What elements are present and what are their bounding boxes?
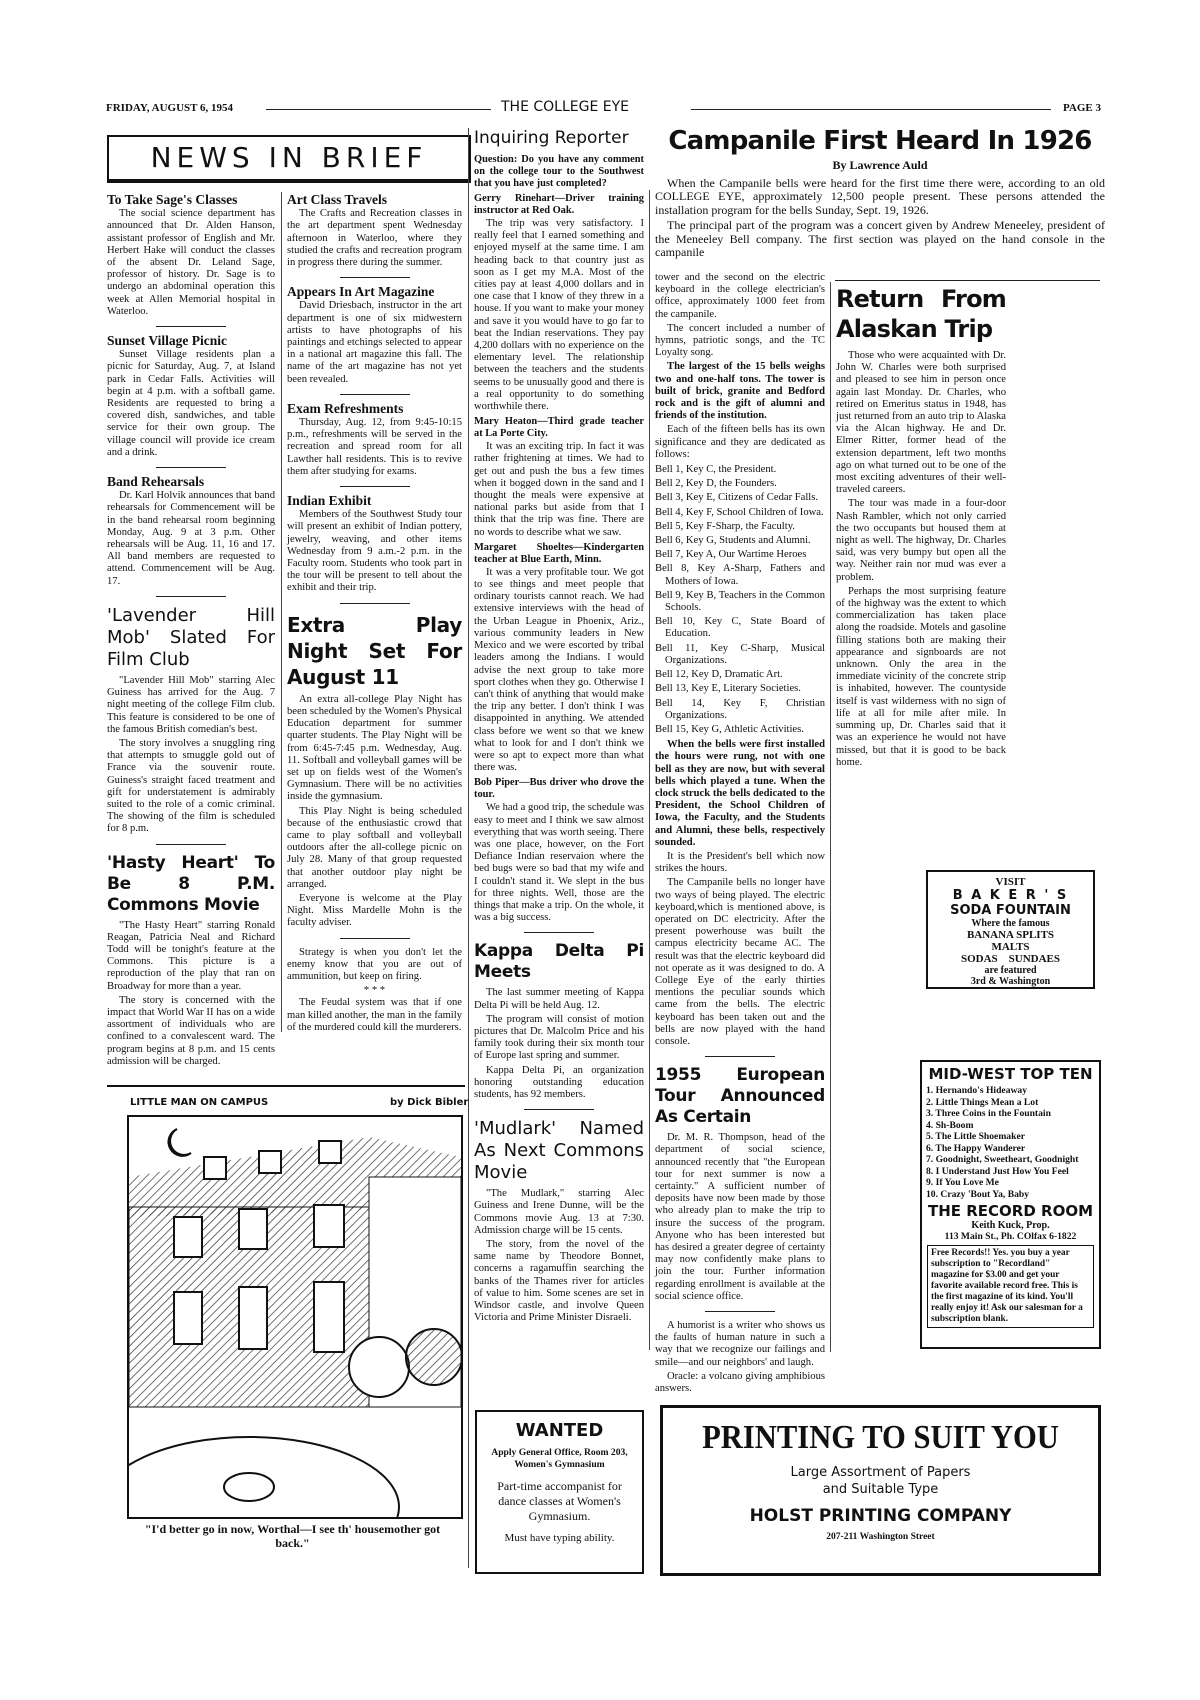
campanile-lead: When the Campanile bells were heard for … bbox=[655, 177, 1105, 259]
bell-item: Bell 4, Key F, School Children of Iowa. bbox=[655, 507, 825, 519]
paragraph: The largest of the 15 bells weighs two a… bbox=[655, 361, 825, 422]
paragraph: Members of the Southwest Study tour will… bbox=[287, 509, 462, 594]
paragraph: Thursday, Aug. 12, from 9:45-10:15 p.m.,… bbox=[287, 417, 462, 478]
divider bbox=[156, 326, 226, 327]
paragraph: This Play Night is being scheduled becau… bbox=[287, 806, 462, 891]
paragraph: The tour was made in a four-door Nash Ra… bbox=[836, 498, 1006, 583]
star-divider: * * * bbox=[287, 985, 462, 997]
paragraph: Each of the fifteen bells has its own si… bbox=[655, 424, 825, 461]
bell-item: Bell 14, Key F, Christian Organizations. bbox=[655, 698, 825, 722]
ad-line: are featured bbox=[928, 965, 1093, 976]
bell-item: Bell 1, Key C, the President. bbox=[655, 464, 825, 476]
bell-item: Bell 6, Key G, Students and Alumni. bbox=[655, 535, 825, 547]
column-2: Art Class Travels The Crafts and Recreat… bbox=[287, 190, 462, 1036]
song-item: 10. Crazy 'Bout Ya, Baby bbox=[926, 1189, 1099, 1201]
bell-item: Bell 5, Key F-Sharp, the Faculty. bbox=[655, 521, 825, 533]
ad-promo: Free Records!! Yes. you buy a year subsc… bbox=[927, 1245, 1094, 1328]
campanile-header: Campanile First Heard In 1926 By Lawrenc… bbox=[655, 126, 1105, 261]
paragraph: The Campanile bells no longer have two w… bbox=[655, 877, 825, 1048]
column-rule bbox=[649, 190, 650, 1350]
ad-store-name: THE RECORD ROOM bbox=[922, 1202, 1099, 1220]
holst-printing-ad: PRINTING TO SUIT YOU Large Assortment of… bbox=[660, 1405, 1101, 1576]
song-item: 9. If You Love Me bbox=[926, 1177, 1099, 1189]
column-4: tower and the second on the electric key… bbox=[655, 272, 825, 1397]
column-5: Return From Alaskan Trip Those who were … bbox=[836, 284, 1006, 771]
divider bbox=[156, 467, 226, 468]
bell-item: Bell 11, Key C-Sharp, Musical Organizati… bbox=[655, 643, 825, 667]
article-lavender: 'Lavender Hill Mob' Slated For Film Club… bbox=[107, 605, 275, 836]
article-art-magazine: Appears In Art Magazine David Driesbach,… bbox=[287, 286, 462, 386]
answer: The trip was very satisfactory. I really… bbox=[474, 218, 644, 413]
song-item: 7. Goodnight, Sweetheart, Goodnight bbox=[926, 1154, 1099, 1166]
byline: By Lawrence Auld bbox=[655, 158, 1105, 173]
cartoon-strip-title: LITTLE MAN ON CAMPUS bbox=[130, 1097, 268, 1108]
paragraph: The story, from the novel of the same na… bbox=[474, 1239, 644, 1324]
paragraph: Those who were acquainted with Dr. John … bbox=[836, 350, 1006, 496]
ad-company: HOLST PRINTING COMPANY bbox=[663, 1506, 1098, 1526]
article-picnic: Sunset Village Picnic Sunset Village res… bbox=[107, 335, 275, 459]
bell-item: Bell 2, Key D, the Founders. bbox=[655, 478, 825, 490]
ad-line: Where the famous bbox=[928, 918, 1093, 929]
divider bbox=[156, 596, 226, 597]
article-band: Band Rehearsals Dr. Karl Holvik announce… bbox=[107, 476, 275, 588]
bell-item: Bell 8, Key A-Sharp, Fathers and Mothers… bbox=[655, 563, 825, 587]
divider bbox=[340, 938, 410, 939]
headline: To Take Sage's Classes bbox=[107, 194, 275, 206]
headline: Sunset Village Picnic bbox=[107, 335, 275, 347]
paragraph: An extra all-college Play Night has been… bbox=[287, 694, 462, 804]
song-item: 4. Sh-Boom bbox=[926, 1120, 1099, 1132]
column-rule bbox=[468, 128, 469, 1568]
ad-line: SODAS bbox=[961, 953, 998, 965]
ad-line: Must have typing ability. bbox=[477, 1532, 642, 1544]
ad-line: BANANA SPLITS bbox=[928, 929, 1093, 941]
ad-line: and Suitable Type bbox=[663, 1481, 1098, 1498]
article-sage: To Take Sage's Classes The social scienc… bbox=[107, 194, 275, 318]
column-1: To Take Sage's Classes The social scienc… bbox=[107, 190, 275, 1070]
paragraph: "The Hasty Heart" starring Ronald Reagan… bbox=[107, 920, 275, 993]
song-item: 2. Little Things Mean a Lot bbox=[926, 1097, 1099, 1109]
ad-store-name: B A K E R ' S bbox=[928, 888, 1093, 903]
column-rule bbox=[830, 282, 831, 1352]
paragraph: Kappa Delta Pi, an organization honoring… bbox=[474, 1065, 644, 1102]
cartoon-drawing-icon bbox=[129, 1117, 461, 1517]
divider bbox=[524, 932, 594, 933]
speaker: Bob Piper—Bus driver who drove the tour. bbox=[474, 777, 644, 801]
ad-title: PRINTING TO SUIT YOU bbox=[685, 1418, 1077, 1458]
filler-strategy: Strategy is when you don't let the enemy… bbox=[287, 947, 462, 984]
ad-line: Keith Kuck, Prop. bbox=[922, 1220, 1099, 1231]
bell-item: Bell 3, Key E, Citizens of Cedar Falls. bbox=[655, 492, 825, 504]
rule bbox=[835, 280, 1100, 281]
paragraph: Sunset Village residents plan a picnic f… bbox=[107, 349, 275, 459]
divider bbox=[705, 1311, 775, 1312]
song-item: 3. Three Coins in the Fountain bbox=[926, 1108, 1099, 1120]
paragraph: The social science department has announ… bbox=[107, 208, 275, 318]
paragraph: When the bells were first installed the … bbox=[655, 739, 825, 849]
headline-mudlark: 'Mudlark' Named As Next Commons Movie bbox=[474, 1118, 644, 1184]
bakers-soda-fountain-ad: VISIT B A K E R ' S SODA FOUNTAIN Where … bbox=[926, 870, 1095, 989]
masthead: FRIDAY, AUGUST 6, 1954 THE COLLEGE EYE P… bbox=[106, 102, 1101, 116]
ad-address: 113 Main St., Ph. COlfax 6-1822 bbox=[922, 1231, 1099, 1242]
answer: It was a very profitable tour. We got to… bbox=[474, 567, 644, 774]
song-item: 6. The Happy Wanderer bbox=[926, 1143, 1099, 1155]
headline: Appears In Art Magazine bbox=[287, 286, 462, 298]
cartoon-top-rule bbox=[107, 1085, 465, 1087]
article-hasty: 'Hasty Heart' To Be 8 P.M. Commons Movie… bbox=[107, 853, 275, 1068]
divider bbox=[340, 277, 410, 278]
filler-humorist: A humorist is a writer who shows us the … bbox=[655, 1320, 825, 1369]
divider bbox=[340, 394, 410, 395]
divider bbox=[524, 1109, 594, 1110]
headline: Band Rehearsals bbox=[107, 476, 275, 488]
bell-list: Bell 1, Key C, the President. Bell 2, Ke… bbox=[655, 464, 825, 736]
paragraph: tower and the second on the electric key… bbox=[655, 272, 825, 321]
ad-title: WANTED bbox=[477, 1420, 642, 1441]
paragraph: David Driesbach, instructor in the art d… bbox=[287, 300, 462, 385]
paragraph: "Lavender Hill Mob" starring Alec Guines… bbox=[107, 675, 275, 736]
answer: We had a good trip, the schedule was eas… bbox=[474, 802, 644, 924]
headline: 'Hasty Heart' To Be 8 P.M. Commons Movie bbox=[107, 853, 275, 916]
paragraph: The Crafts and Recreation classes in the… bbox=[287, 208, 462, 269]
divider bbox=[705, 1056, 775, 1057]
rule bbox=[266, 109, 491, 110]
divider bbox=[340, 486, 410, 487]
top-ten-list: 1. Hernando's Hideaway 2. Little Things … bbox=[926, 1085, 1099, 1200]
column-3: Inquiring Reporter Question: Do you have… bbox=[474, 128, 644, 1326]
paragraph: Dr. M. R. Thompson, head of the departme… bbox=[655, 1132, 825, 1303]
wanted-ad: WANTED Apply General Office, Room 203, W… bbox=[475, 1410, 644, 1574]
speaker: Margaret Shoeltes—Kindergarten teacher a… bbox=[474, 542, 644, 566]
paragraph: "The Mudlark," starring Alec Guiness and… bbox=[474, 1188, 644, 1237]
ad-line: Apply General Office, Room 203, Women's … bbox=[483, 1447, 636, 1471]
ad-line: VISIT bbox=[928, 876, 1093, 888]
paragraph: Perhaps the most surprising feature of t… bbox=[836, 586, 1006, 769]
headline-kappa: Kappa Delta Pi Meets bbox=[474, 941, 644, 983]
bell-item: Bell 13, Key E, Literary Societies. bbox=[655, 683, 825, 695]
article-play-night: Extra Play Night Set For August 11 An ex… bbox=[287, 612, 462, 930]
bell-item: Bell 12, Key D, Dramatic Art. bbox=[655, 669, 825, 681]
headline-alaskan: Return From Alaskan Trip bbox=[836, 284, 1006, 344]
bell-item: Bell 15, Key G, Athletic Activities. bbox=[655, 724, 825, 736]
ad-line: SODA FOUNTAIN bbox=[928, 903, 1093, 918]
page-number: PAGE 3 bbox=[1063, 102, 1101, 114]
ad-address: 207-211 Washington Street bbox=[663, 1532, 1098, 1542]
filler-oracle: Oracle: a volcano giving amphibious answ… bbox=[655, 1371, 825, 1395]
cartoon-illustration bbox=[127, 1115, 463, 1519]
paragraph: When the Campanile bells were heard for … bbox=[655, 177, 1105, 217]
headline: Art Class Travels bbox=[287, 194, 462, 206]
inquiring-reporter-title: Inquiring Reporter bbox=[474, 128, 644, 148]
question: Question: Do you have any comment on the… bbox=[474, 154, 644, 190]
article-art-class: Art Class Travels The Crafts and Recreat… bbox=[287, 194, 462, 269]
speaker: Gerry Rinehart—Driver training instructo… bbox=[474, 193, 644, 217]
column-rule bbox=[281, 192, 282, 1032]
headline: Indian Exhibit bbox=[287, 495, 462, 507]
song-item: 1. Hernando's Hideaway bbox=[926, 1085, 1099, 1097]
cartoon-caption: "I'd better go in now, Worthal—I see th'… bbox=[130, 1522, 455, 1550]
record-room-ad: MID-WEST TOP TEN 1. Hernando's Hideaway … bbox=[920, 1060, 1101, 1349]
song-item: 8. I Understand Just How You Feel bbox=[926, 1166, 1099, 1178]
speaker: Mary Heaton—Third grade teacher at La Po… bbox=[474, 416, 644, 440]
divider bbox=[156, 844, 226, 845]
paragraph: The principal part of the program was a … bbox=[655, 219, 1105, 259]
paragraph: The story is concerned with the impact t… bbox=[107, 995, 275, 1068]
headline: Exam Refreshments bbox=[287, 403, 462, 415]
headline-european: 1955 European Tour Announced As Certain bbox=[655, 1065, 825, 1128]
paragraph: The last summer meeting of Kappa Delta P… bbox=[474, 987, 644, 1011]
bell-item: Bell 9, Key B, Teachers in the Common Sc… bbox=[655, 590, 825, 614]
issue-date: FRIDAY, AUGUST 6, 1954 bbox=[106, 102, 233, 114]
banner-title: NEWS IN BRIEF bbox=[151, 141, 428, 174]
paragraph: It is the President's bell which now str… bbox=[655, 851, 825, 875]
news-in-brief-banner: NEWS IN BRIEF bbox=[107, 135, 471, 183]
ad-line: MALTS bbox=[928, 941, 1093, 953]
rule bbox=[691, 109, 1051, 110]
paragraph: Everyone is welcome at the Play Night. M… bbox=[287, 893, 462, 930]
article-indian-exhibit: Indian Exhibit Members of the Southwest … bbox=[287, 495, 462, 595]
bell-item: Bell 7, Key A, Our Wartime Heroes bbox=[655, 549, 825, 561]
answer: It was an exciting trip. In fact it was … bbox=[474, 441, 644, 539]
paper-name: THE COLLEGE EYE bbox=[501, 99, 629, 115]
paragraph: The story involves a snuggling ring that… bbox=[107, 738, 275, 836]
song-item: 5. The Little Shoemaker bbox=[926, 1131, 1099, 1143]
ad-line: 3rd & Washington bbox=[928, 976, 1093, 987]
ad-line: SUNDAES bbox=[1009, 953, 1060, 965]
paragraph: The concert included a number of hymns, … bbox=[655, 323, 825, 360]
article-exam: Exam Refreshments Thursday, Aug. 12, fro… bbox=[287, 403, 462, 478]
paragraph: The program will consist of motion pictu… bbox=[474, 1014, 644, 1063]
paragraph: Dr. Karl Holvik announces that band rehe… bbox=[107, 490, 275, 588]
headline: Extra Play Night Set For August 11 bbox=[287, 612, 462, 690]
ad-line: Part-time accompanist for dance classes … bbox=[483, 1479, 636, 1524]
headline: 'Lavender Hill Mob' Slated For Film Club bbox=[107, 605, 275, 671]
filler-feudal: The Feudal system was that if one man ki… bbox=[287, 997, 462, 1034]
divider bbox=[340, 603, 410, 604]
bell-item: Bell 10, Key C, State Board of Education… bbox=[655, 616, 825, 640]
ad-title: MID-WEST TOP TEN bbox=[922, 1065, 1099, 1083]
headline-campanile: Campanile First Heard In 1926 bbox=[655, 126, 1105, 156]
cartoon-byline: by Dick Bibler bbox=[390, 1097, 468, 1108]
ad-line: Large Assortment of Papers bbox=[663, 1464, 1098, 1481]
